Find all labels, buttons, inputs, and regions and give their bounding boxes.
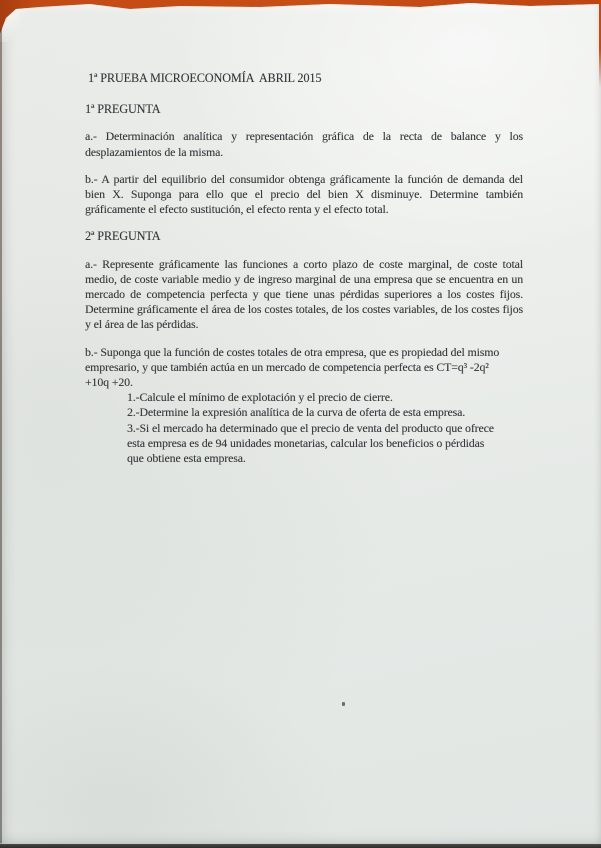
photo-bottom-edge	[0, 844, 601, 848]
document-title: 1ª PRUEBA MICROECONOMÍA ABRIL 2015	[88, 71, 523, 86]
document-page: 1ª PRUEBA MICROECONOMÍA ABRIL 2015 1ª PR…	[0, 0, 601, 846]
photo-left-edge	[0, 28, 2, 846]
paragraph-1b: b.- A partir del equilibrio del consumid…	[85, 172, 523, 218]
list-item-1: 1.-Calcule el mínimo de explotación y el…	[127, 390, 499, 405]
paper-curl-highlight	[0, 6, 28, 42]
section-2-heading: 2ª PREGUNTA	[85, 229, 523, 244]
question-2b-list: 1.-Calcule el mínimo de explotación y el…	[127, 390, 499, 466]
list-item-2: 2.-Determine la expresión analítica de l…	[127, 405, 499, 420]
paragraph-2b: b.- Suponga que la función de costes tot…	[85, 345, 500, 391]
paragraph-1a: a.- Determinación analítica y representa…	[85, 129, 523, 159]
section-1-heading: 1ª PREGUNTA	[85, 102, 523, 117]
paragraph-2a: a.- Represente gráficamente las funcione…	[85, 257, 523, 333]
list-item-3: 3.-Si el mercado ha determinado que el p…	[127, 421, 499, 467]
dust-speck	[342, 702, 345, 706]
document-content: 1ª PRUEBA MICROECONOMÍA ABRIL 2015 1ª PR…	[85, 71, 523, 466]
